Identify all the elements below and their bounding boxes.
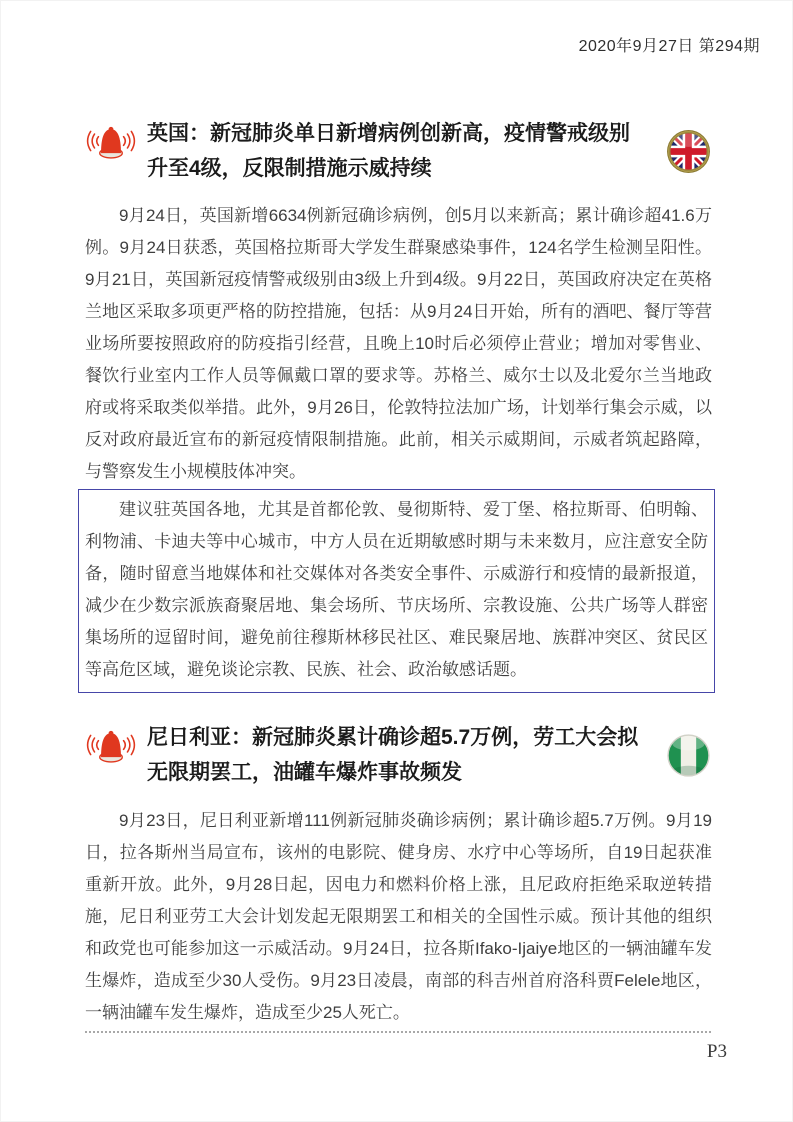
section-heading-uk: 英国：新冠肺炎单日新增病例创新高，疫情警戒级别 升至4级，反限制措施示威持续	[85, 116, 712, 186]
nigeria-flag-icon	[666, 733, 712, 778]
bulletin-page: 2020年9月27日 第294期 英国：新冠肺炎单日新增病例创新高，疫情警戒级别…	[0, 0, 793, 1122]
advisory-text-uk: 建议驻英国各地，尤其是首都伦敦、曼彻斯特、爱丁堡、格拉斯哥、伯明翰、利物浦、卡迪…	[85, 494, 708, 686]
section-title-line: 尼日利亚：新冠肺炎累计确诊超5.7万例，劳工大会拟	[147, 720, 658, 755]
section-title-nigeria: 尼日利亚：新冠肺炎累计确诊超5.7万例，劳工大会拟 无限期罢工，油罐车爆炸事故频…	[139, 720, 666, 790]
alarm-bell-icon	[85, 121, 139, 161]
section-title-line: 无限期罢工，油罐车爆炸事故频发	[147, 755, 658, 790]
section-title-line: 升至4级，反限制措施示威持续	[147, 151, 658, 186]
section-body-nigeria: 9月23日，尼日利亚新增111例新冠肺炎确诊病例；累计确诊超5.7万例。9月19…	[85, 805, 712, 1029]
section-body-uk: 9月24日，英国新增6634例新冠确诊病例，创5月以来新高；累计确诊超41.6万…	[85, 200, 712, 488]
section-title-uk: 英国：新冠肺炎单日新增病例创新高，疫情警戒级别 升至4级，反限制措施示威持续	[139, 116, 666, 186]
issue-date: 2020年9月27日 第294期	[579, 33, 760, 56]
advisory-box-uk: 建议驻英国各地，尤其是首都伦敦、曼彻斯特、爱丁堡、格拉斯哥、伯明翰、利物浦、卡迪…	[78, 489, 715, 693]
uk-flag-icon	[666, 129, 712, 174]
alarm-bell-icon	[85, 725, 139, 765]
footer-dotted-divider	[85, 1031, 711, 1033]
section-title-line: 英国：新冠肺炎单日新增病例创新高，疫情警戒级别	[147, 116, 658, 151]
section-heading-nigeria: 尼日利亚：新冠肺炎累计确诊超5.7万例，劳工大会拟 无限期罢工，油罐车爆炸事故频…	[85, 720, 712, 790]
page-number: P3	[707, 1041, 727, 1063]
